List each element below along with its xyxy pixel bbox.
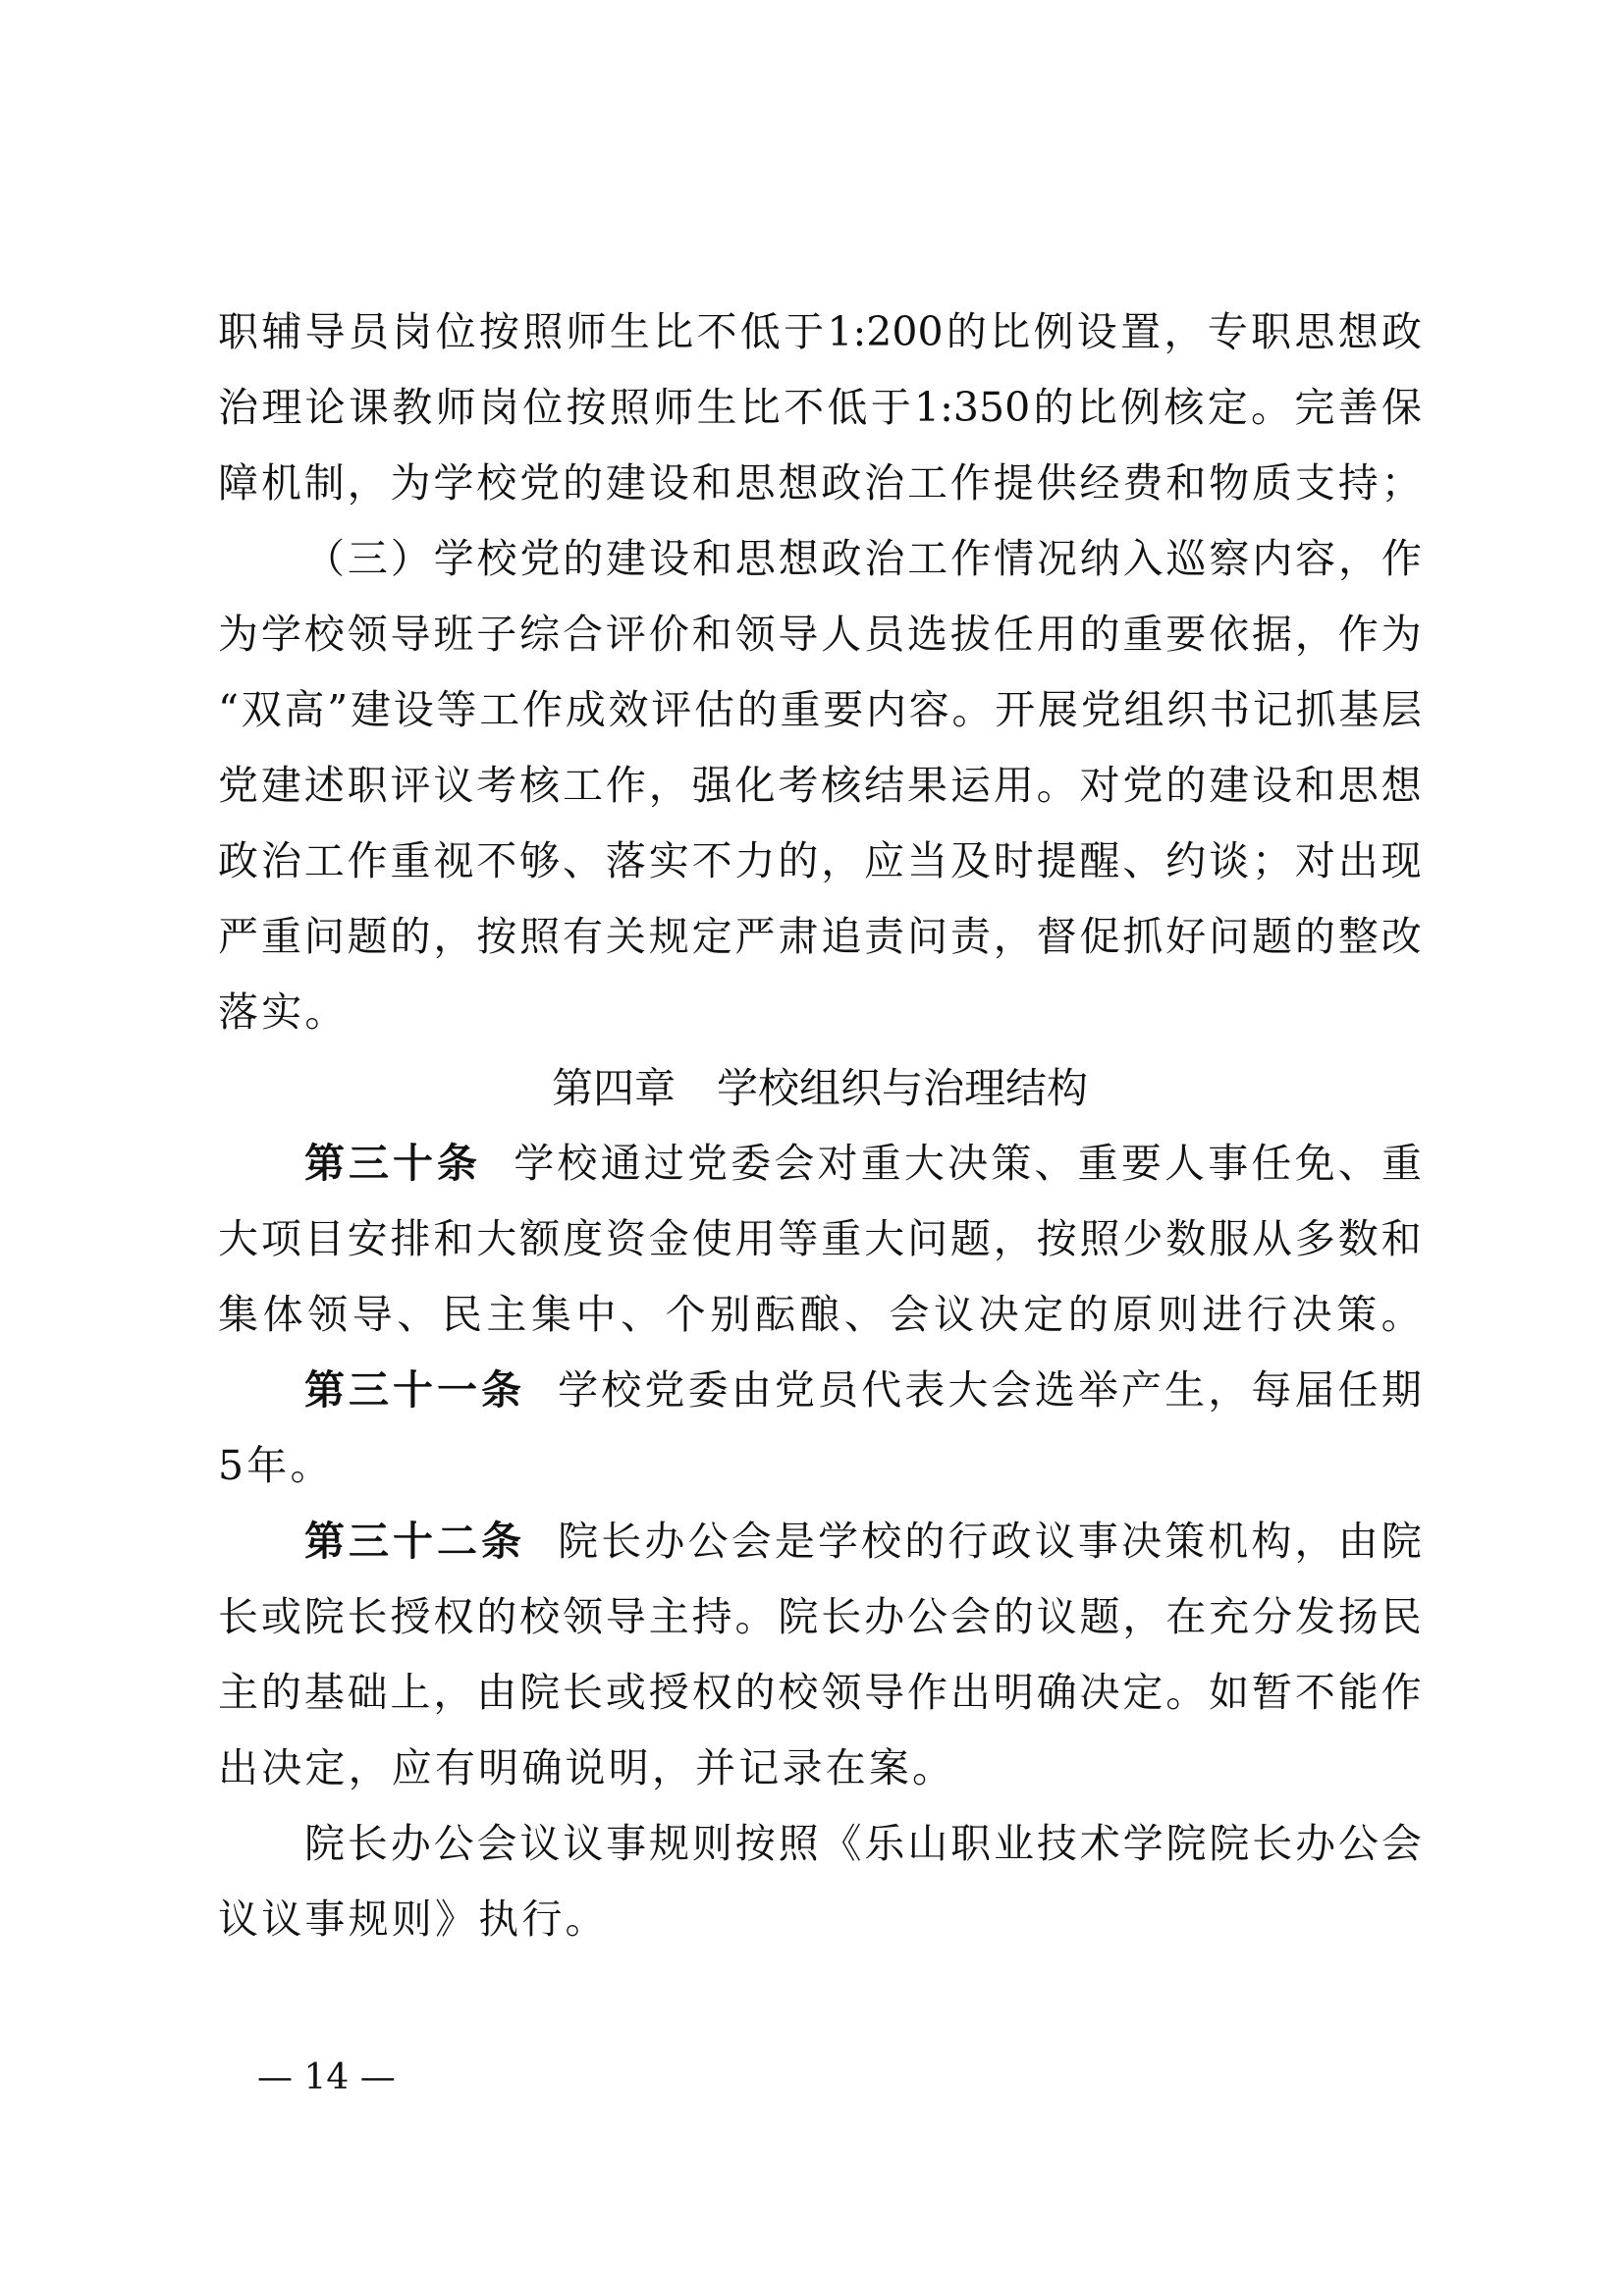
text-line: 职辅导员岗位按照师生比不低于1:200的比例设置，专职思想政 xyxy=(218,294,1422,370)
article-title: 第三十二条 xyxy=(304,1504,525,1579)
article-line: 第三十条学校通过党委会对重大决策、重要人事任免、重 xyxy=(218,1126,1422,1201)
chapter-heading-text: 第四章 学校组织与治理结构 xyxy=(552,1050,1088,1126)
text-line: 出决定，应有明确说明，并记录在案。 xyxy=(218,1731,1422,1806)
text-line: 党建述职评议考核工作，强化考核结果运用。对党的建设和思想 xyxy=(218,748,1422,824)
document-body: 职辅导员岗位按照师生比不低于1:200的比例设置，专职思想政治理论课教师岗位按照… xyxy=(218,294,1422,1957)
text-line: 落实。 xyxy=(218,975,1422,1050)
text-line: 为学校领导班子综合评价和领导人员选拔任用的重要依据，作为 xyxy=(218,597,1422,672)
text-line: 长或院长授权的校领导主持。院长办公会的议题，在充分发扬民 xyxy=(218,1579,1422,1655)
article-line: 第三十一条学校党委由党员代表大会选举产生，每届任期 xyxy=(218,1353,1422,1428)
article-line: 第三十二条院长办公会是学校的行政议事决策机构，由院 xyxy=(218,1504,1422,1579)
document-page: 职辅导员岗位按照师生比不低于1:200的比例设置，专职思想政治理论课教师岗位按照… xyxy=(0,0,1624,2296)
text-line: 严重问题的，按照有关规定严肃追责问责，督促抓好问题的整改 xyxy=(218,899,1422,975)
article-title: 第三十条 xyxy=(304,1126,481,1201)
text-line: （三）学校党的建设和思想政治工作情况纳入巡察内容，作 xyxy=(218,521,1422,597)
text-line: 障机制，为学校党的建设和思想政治工作提供经费和物质支持； xyxy=(218,446,1422,521)
article-title: 第三十一条 xyxy=(304,1353,525,1428)
text-line: 5年。 xyxy=(218,1428,1422,1504)
text-line: 治理论课教师岗位按照师生比不低于1:350的比例核定。完善保 xyxy=(218,370,1422,446)
text-line: 集体领导、民主集中、个别酝酿、会议决定的原则进行决策。 xyxy=(218,1277,1422,1353)
text-line: 院长办公会议议事规则按照《乐山职业技术学院院长办公会 xyxy=(218,1806,1422,1882)
text-line: 大项目安排和大额度资金使用等重大问题，按照少数服从多数和 xyxy=(218,1201,1422,1277)
chapter-heading: 第四章 学校组织与治理结构 xyxy=(218,1050,1422,1126)
text-line: 主的基础上，由院长或授权的校领导作出明确决定。如暂不能作 xyxy=(218,1655,1422,1731)
text-line: 议议事规则》执行。 xyxy=(218,1882,1422,1957)
page-number: — 14 — xyxy=(257,2056,396,2101)
text-line: “双高”建设等工作成效评估的重要内容。开展党组织书记抓基层 xyxy=(218,672,1422,748)
text-line: 政治工作重视不够、落实不力的，应当及时提醒、约谈；对出现 xyxy=(218,824,1422,899)
